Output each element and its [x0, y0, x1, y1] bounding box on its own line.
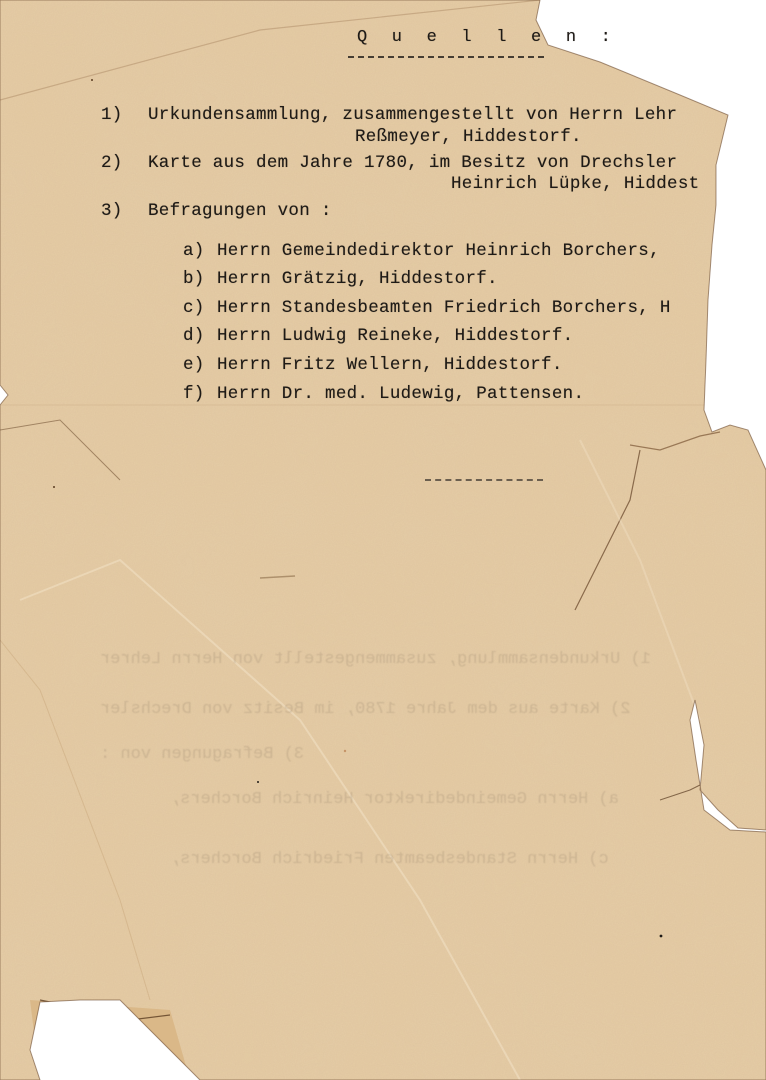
- source-line: Befragungen von :: [148, 201, 332, 221]
- source-line-continued: Reßmeyer, Hiddestorf.: [355, 127, 582, 147]
- interview-letter: d): [183, 326, 205, 346]
- interview-letter: a): [183, 241, 205, 261]
- source-line: Urkundensammlung, zusammengestellt von H…: [148, 105, 677, 125]
- interview-item: Herrn Standesbeamten Friedrich Borchers,…: [217, 298, 671, 318]
- source-line: Karte aus dem Jahre 1780, im Besitz von …: [148, 153, 677, 173]
- source-number: 2): [101, 153, 123, 173]
- show-through-text: a) Herrn Gemeindedirektor Heinrich Borch…: [170, 790, 619, 809]
- interview-letter: b): [183, 269, 205, 289]
- interview-letter: c): [183, 298, 205, 318]
- interview-item: Herrn Gemeindedirektor Heinrich Borchers…: [217, 241, 671, 261]
- show-through-text: 1) Urkundensammlung, zusammengestellt vo…: [100, 650, 651, 669]
- source-number: 3): [101, 201, 123, 221]
- interview-item: Herrn Dr. med. Ludewig, Pattensen.: [217, 384, 584, 404]
- interview-letter: e): [183, 355, 205, 375]
- show-through-text: 2) Karte aus dem Jahre 1780, im Besitz v…: [100, 700, 631, 719]
- interview-letter: f): [183, 384, 205, 404]
- source-number: 1): [101, 105, 123, 125]
- page-title: Q u e l l e n :: [357, 28, 618, 47]
- source-line-continued: Heinrich Lüpke, Hiddest: [451, 174, 699, 194]
- section-divider: [425, 479, 543, 481]
- interview-item: Herrn Grätzig, Hiddestorf.: [217, 269, 498, 289]
- show-through-text: 3) Befragungen von :: [100, 745, 304, 764]
- title-underline: [348, 56, 544, 58]
- interview-item: Herrn Ludwig Reineke, Hiddestorf.: [217, 326, 573, 346]
- show-through-text: c) Herrn Standesbeamten Friedrich Borche…: [170, 850, 609, 869]
- interview-item: Herrn Fritz Wellern, Hiddestorf.: [217, 355, 563, 375]
